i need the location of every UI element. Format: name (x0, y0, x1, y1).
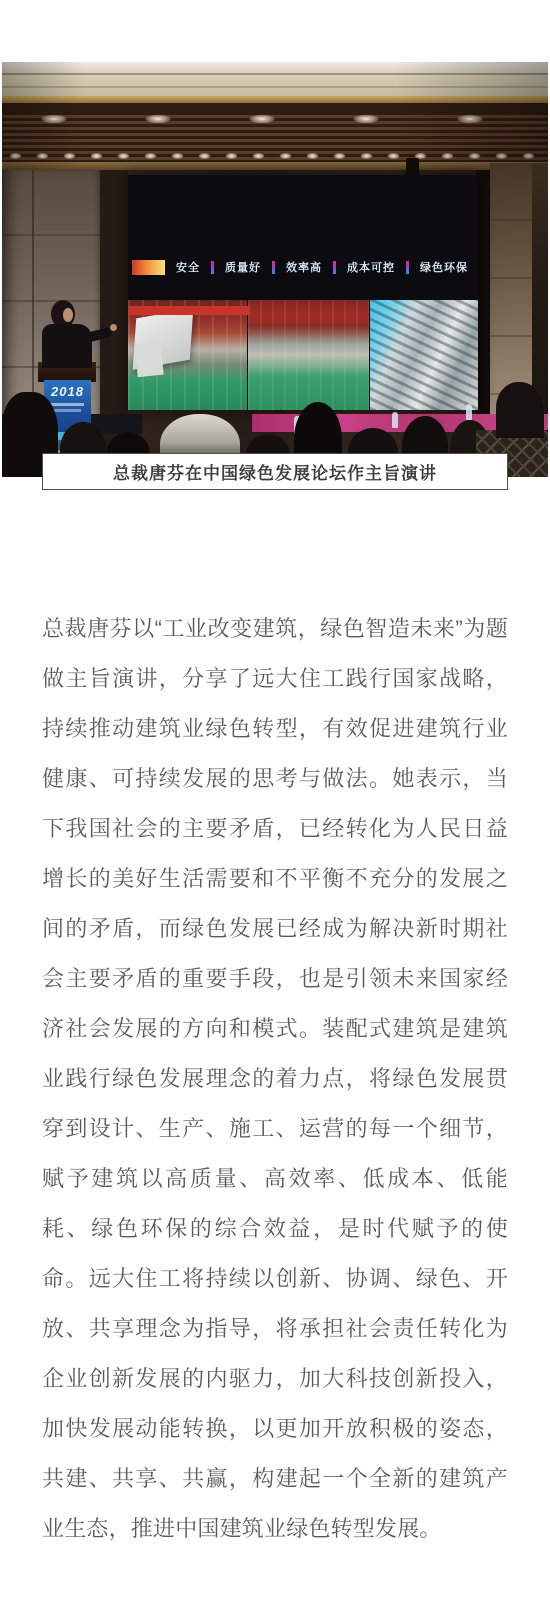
podium-sign-textline (51, 403, 84, 406)
water-bottle (392, 412, 398, 428)
photo-caption-text: 总裁唐芬在中国绿色发展论坛作主旨演讲 (113, 459, 437, 484)
overhead-crane (128, 306, 250, 315)
water-bottle (466, 404, 472, 420)
ceiling-shading (2, 62, 548, 170)
slide-factory-photos (128, 300, 478, 410)
article-page: 安全 质量好 效率高 成本可控 绿色环保 (0, 0, 550, 1607)
led-screen: 安全 质量好 效率高 成本可控 绿色环保 (128, 175, 478, 410)
slide-keyword: 效率高 (286, 259, 322, 275)
podium-sign-textline (54, 409, 81, 412)
speaker-body (42, 324, 92, 368)
factory-photo-middle (248, 300, 370, 410)
slide-keyword: 绿色环保 (420, 259, 468, 275)
slide-headline-row: 安全 质量好 效率高 成本可控 绿色环保 (132, 258, 474, 276)
factory-photo-right (370, 300, 478, 410)
podium-sign-year: 2018 (44, 384, 91, 399)
speaker-hand (110, 324, 117, 331)
slide-separator (272, 261, 275, 274)
slide-separator (211, 261, 214, 274)
slide-keyword: 安全 (176, 259, 200, 275)
wall-gap-right (476, 170, 490, 450)
slide-separator (333, 261, 336, 274)
conference-photo: 安全 质量好 效率高 成本可控 绿色环保 (2, 62, 548, 477)
precast-panel (134, 341, 163, 378)
slide-separator (406, 261, 409, 274)
photo-caption: 总裁唐芬在中国绿色发展论坛作主旨演讲 (42, 453, 508, 490)
article-body: 总裁唐芬以“工业改变建筑，绿色智造未来”为题做主旨演讲，分享了远大住工践行国家战… (42, 604, 508, 1554)
article-paragraph: 总裁唐芬以“工业改变建筑，绿色智造未来”为题做主旨演讲，分享了远大住工践行国家战… (42, 604, 508, 1554)
speaker-face (63, 308, 73, 322)
slide-keyword: 质量好 (225, 259, 261, 275)
slide-keyword: 成本可控 (347, 259, 395, 275)
audience-head (496, 382, 544, 438)
slide-gradient-bar (132, 260, 165, 275)
